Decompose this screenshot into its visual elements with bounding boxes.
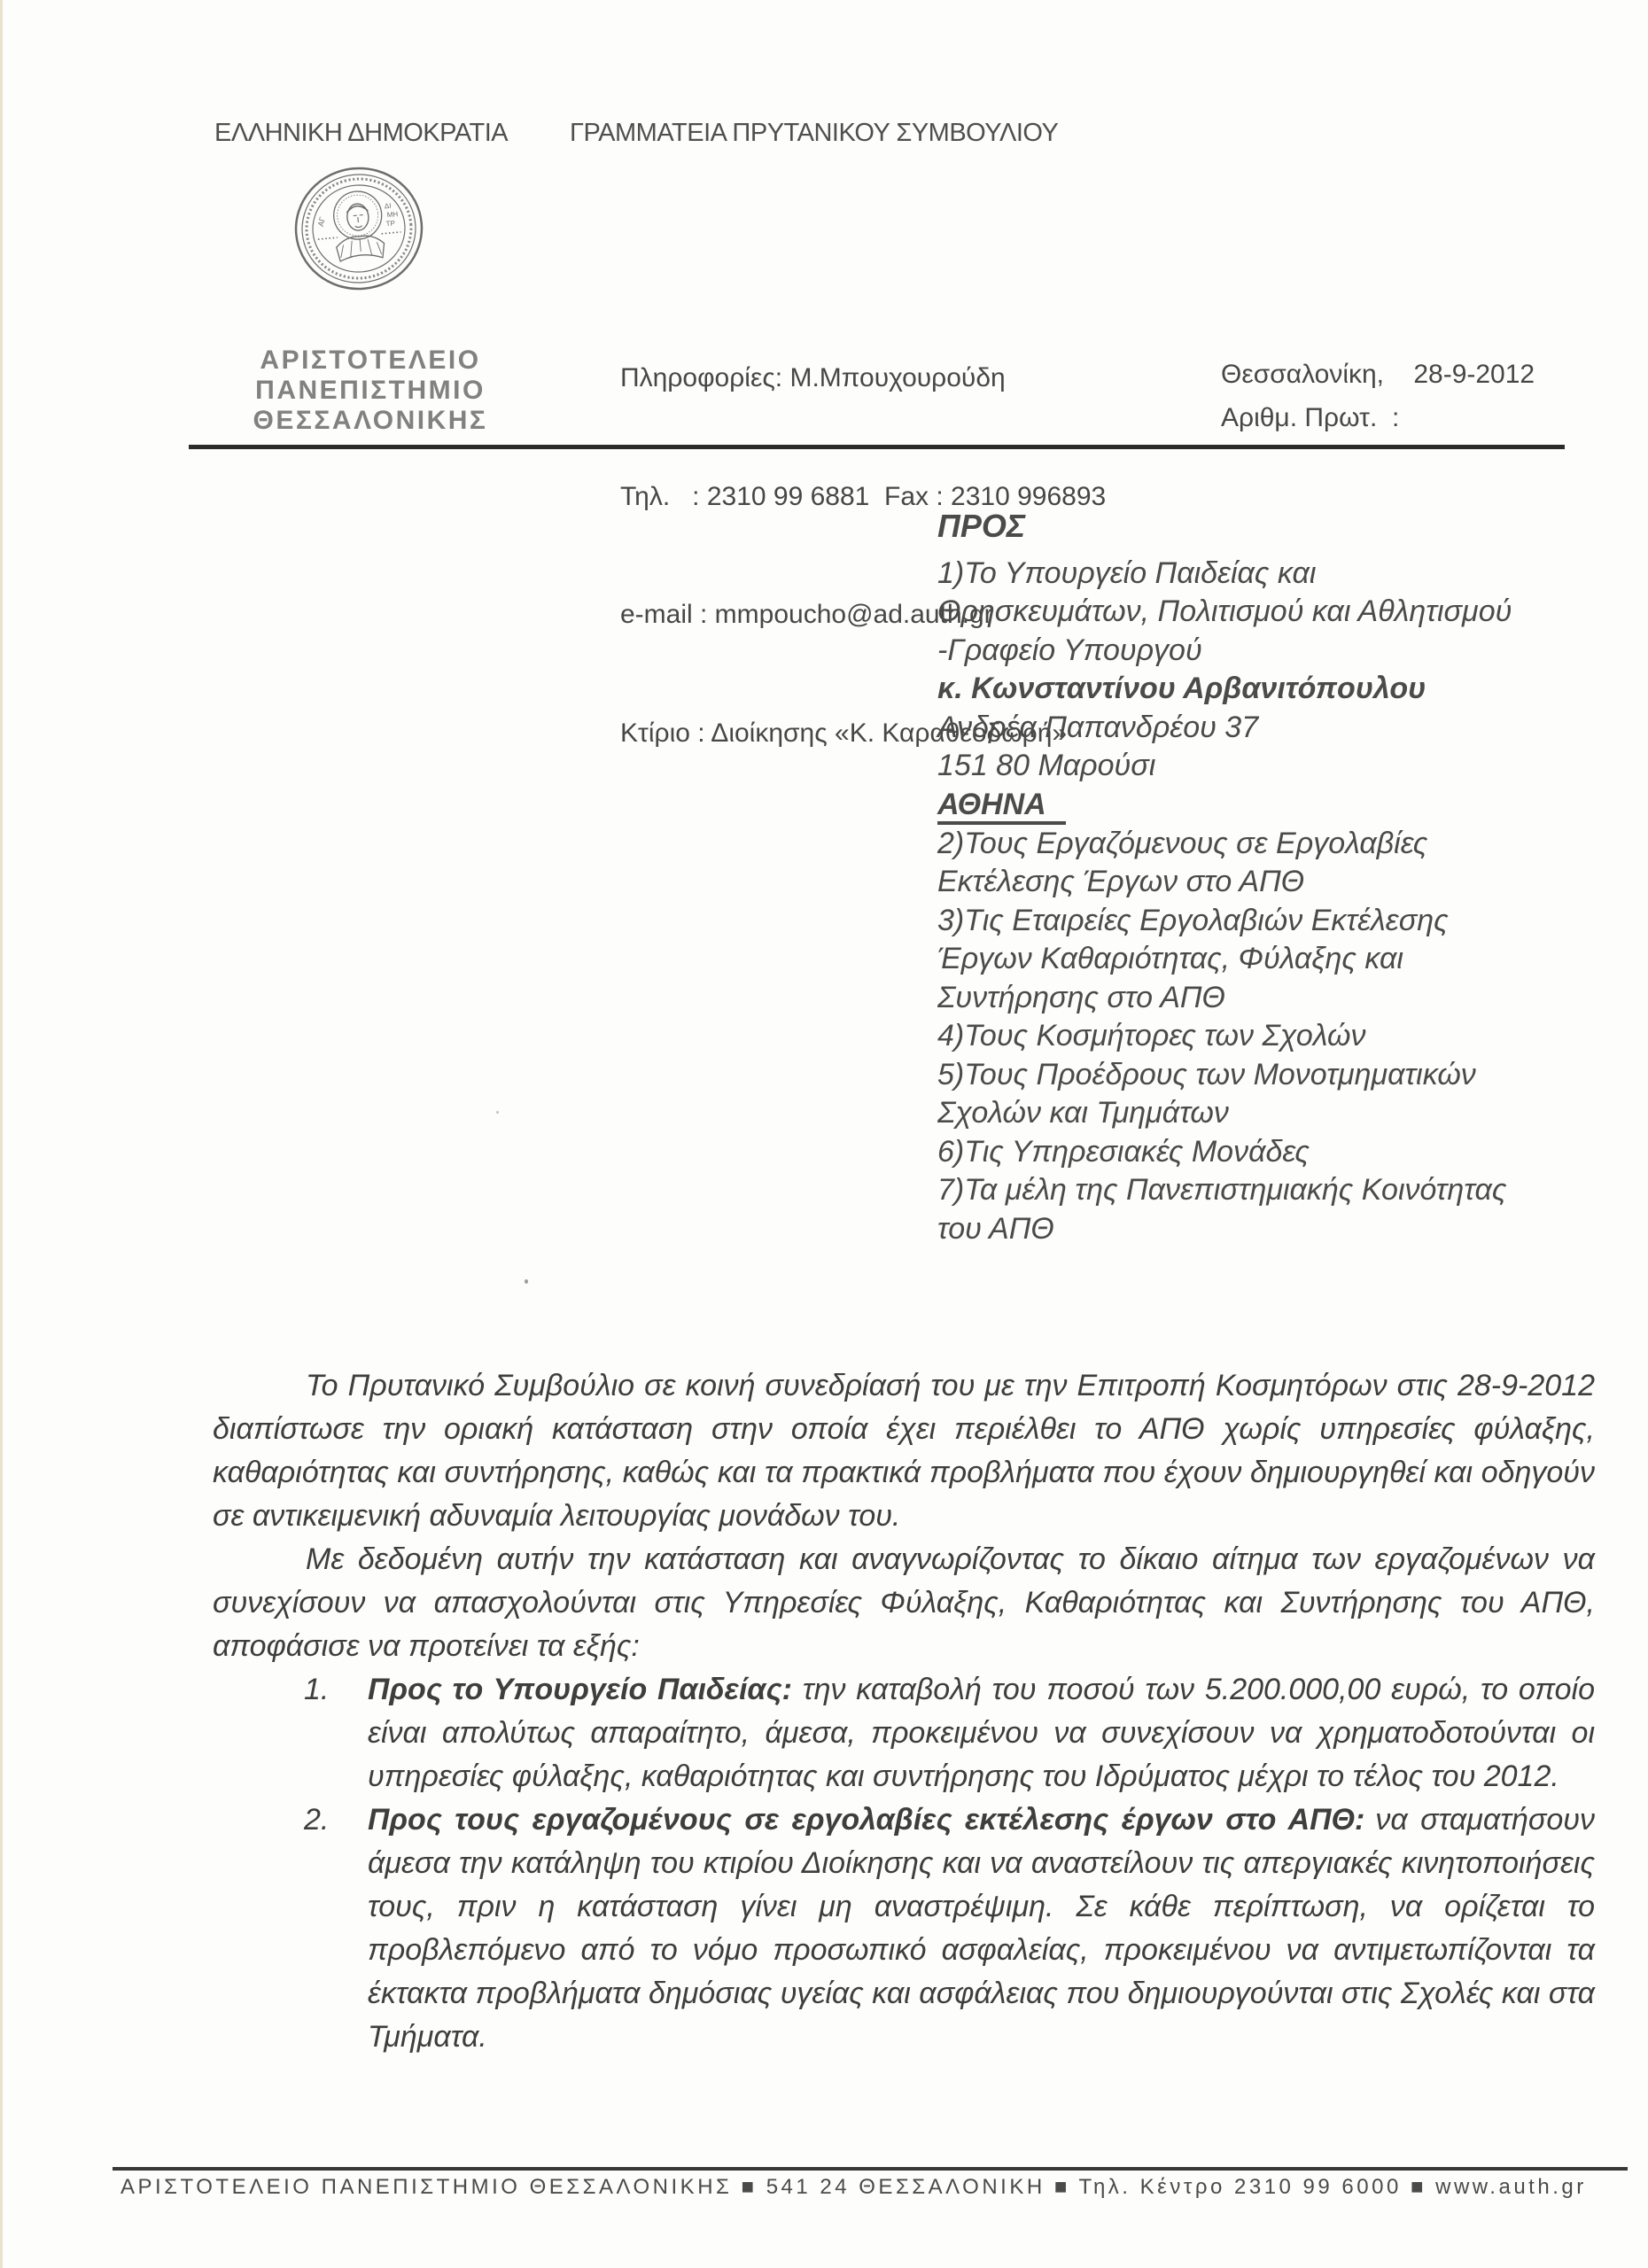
svg-text:ΤΡ: ΤΡ (385, 219, 395, 228)
recipient-line: Εκτέλεσης Έργων στο ΑΠΘ (937, 863, 1646, 902)
recipient-line: Θρησκευμάτων, Πολιτισμού και Αθλητισμού (937, 593, 1646, 632)
recipient-line: 6)Τις Υπηρεσιακές Μονάδες (937, 1133, 1646, 1172)
recipient-line: 7)Τα μέλη της Πανεπιστημιακής Κοινότητας (937, 1171, 1646, 1210)
list-item: 2. Προς τους εργαζομένους σε εργολαβίες … (304, 1798, 1595, 2059)
recipient-line: Σχολών και Τμημάτων (937, 1094, 1646, 1133)
footer-address-line: ΑΡΙΣΤΟΤΕΛΕΙΟ ΠΑΝΕΠΙΣΤΗΜΙΟ ΘΕΣΣΑΛΟΝΙΚΗΣ ■… (120, 2175, 1587, 2200)
list-item-text: Προς τους εργαζομένους σε εργολαβίες εκτ… (368, 1798, 1595, 2059)
recipient-line: Ανδρέα Παπανδρέου 37 (937, 709, 1646, 748)
recipient-line: -Γραφείο Υπουργού (937, 632, 1646, 671)
proposals-list: 1. Προς το Υπουργείο Παιδείας:την καταβο… (304, 1668, 1595, 2059)
scan-speck (525, 1279, 528, 1284)
contact-info-line: Πληροφορίες: Μ.Μπουχουρούδη (620, 359, 1106, 399)
recipient-line: 151 80 Μαρούσι (937, 747, 1646, 786)
scanned-letter-page: ΕΛΛΗΝΙΚΗ ΔΗΜΟΚΡΑΤΙΑ ΓΡΑΜΜΑΤΕΙΑ ΠΡΥΤΑΝΙΚΟ… (0, 0, 1648, 2268)
body-paragraph-2: Με δεδομένη αυτήν την κατάσταση και αναγ… (213, 1538, 1595, 1668)
recipient-line: Έργων Καθαριότητας, Φύλαξης και (937, 940, 1646, 979)
footer-divider-rule (113, 2167, 1628, 2171)
list-item-lead: Προς το Υπουργείο Παιδείας: (368, 1673, 792, 1706)
recipient-line: 1)Το Υπουργείο Παιδείας και (937, 555, 1646, 594)
recipients-heading: ΠΡΟΣ (937, 507, 1646, 546)
scan-edge-artifact (0, 0, 3, 2268)
city-date-line: Θεσσαλονίκη, 28-9-2012 (1221, 360, 1535, 390)
recipients-block: ΠΡΟΣ 1)Το Υπουργείο Παιδείας και Θρησκευ… (937, 507, 1646, 1248)
svg-text:ΑΓ: ΑΓ (316, 216, 327, 228)
recipient-line: του ΑΠΘ (937, 1210, 1646, 1249)
list-item-body: να σταματήσουν άμεσα την κατάληψη του κτ… (368, 1803, 1595, 2054)
body-paragraph-1: Το Πρυτανικό Συμβούλιο σε κοινή συνεδρία… (213, 1364, 1595, 1538)
university-name-line: ΑΡΙΣΤΟΤΕΛΕΙΟ (230, 346, 510, 376)
republic-title: ΕΛΛΗΝΙΚΗ ΔΗΜΟΚΡΑΤΙΑ (214, 119, 508, 148)
recipient-line: 3)Τις Εταιρείες Εργολαβιών Εκτέλεσης (937, 902, 1646, 941)
recipient-line: 4)Τους Κοσμήτορες των Σχολών (937, 1017, 1646, 1056)
list-item-text: Προς το Υπουργείο Παιδείας:την καταβολή … (368, 1668, 1595, 1798)
list-item-lead: Προς τους εργαζομένους σε εργολαβίες εκτ… (368, 1803, 1364, 1837)
protocol-number-label: Αριθμ. Πρωτ. : (1221, 403, 1399, 433)
scan-speck (496, 1111, 499, 1114)
office-title: ΓΡΑΜΜΑΤΕΙΑ ΠΡΥΤΑΝΙΚΟΥ ΣΥΜΒΟΥΛΙΟΥ (570, 119, 1058, 148)
university-name: ΑΡΙΣΤΟΤΕΛΕΙΟ ΠΑΝΕΠΙΣΤΗΜΙΟ ΘΕΣΣΑΛΟΝΙΚΗΣ (230, 346, 510, 436)
letter-body: Το Πρυτανικό Συμβούλιο σε κοινή συνεδρία… (213, 1364, 1595, 2059)
university-name-line: ΘΕΣΣΑΛΟΝΙΚΗΣ (230, 406, 510, 436)
university-name-line: ΠΑΝΕΠΙΣΤΗΜΙΟ (230, 376, 510, 406)
header-divider-rule (189, 445, 1565, 449)
list-item-number: 2. (304, 1798, 368, 2059)
recipient-line: 5)Τους Προέδρους των Μονοτμηματικών (937, 1056, 1646, 1095)
svg-text:ΜΗ: ΜΗ (386, 210, 398, 219)
recipient-line: 2)Τους Εργαζόμενους σε Εργολαβίες (937, 825, 1646, 864)
list-item: 1. Προς το Υπουργείο Παιδείας:την καταβο… (304, 1668, 1595, 1798)
recipient-minister-name: κ. Κωνσταντίνου Αρβανιτόπουλου (937, 670, 1646, 709)
list-item-number: 1. (304, 1668, 368, 1798)
recipient-line: Συντήρησης στο ΑΠΘ (937, 979, 1646, 1018)
recipient-city-athens: ΑΘΗΝΑ (937, 788, 1066, 825)
svg-text:ΔΙ: ΔΙ (385, 202, 392, 211)
university-seal-icon: ΑΓ ΔΙ ΜΗ ΤΡ (292, 165, 425, 292)
